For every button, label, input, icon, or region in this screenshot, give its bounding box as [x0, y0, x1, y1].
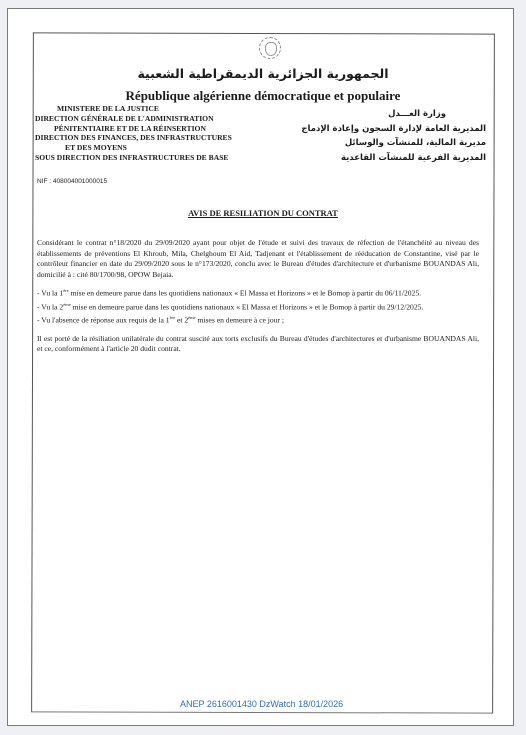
ministry-header-fr: MINISTERE DE LA JUSTICE DIRECTION GÉNÉRA… [35, 104, 275, 163]
nif-number: NIF : 408004001000015 [37, 178, 107, 185]
header-line-ar: مديرية المالية، للمنشآت والوسائل [286, 136, 486, 151]
document-body: Considérant le contrat n°18/2020 du 29/0… [37, 238, 479, 355]
header-line-ar: المديرية العامة لإدارة السجون وإعادة الإ… [286, 122, 486, 137]
header-line: DIRECTION GÉNÉRALE DE L'ADMINISTRATION [35, 114, 275, 124]
header-line: MINISTERE DE LA JUSTICE [35, 104, 275, 114]
vu-item: - Vu l'absence de réponse aux requis de … [37, 313, 479, 326]
conclusion-paragraph: Il est porté de la résiliation unilatéra… [37, 334, 479, 355]
vu-item: - Vu la 2ème mise en demeure parue dans … [37, 300, 479, 313]
header-line: ET DES MOYENS [35, 143, 275, 153]
ministry-header-ar: وزارة العـــدل المديرية العامة لإدارة ال… [286, 107, 486, 165]
header-line: PÉNITENTIAIRE ET DE LA RÉINSERTION [35, 124, 275, 134]
vu-item: - Vu la 1ère mise en demeure parue dans … [37, 286, 479, 299]
header-line: SOUS DIRECTION DES INFRASTRUCTURES DE BA… [35, 153, 275, 163]
algeria-emblem-icon [259, 37, 281, 59]
french-republic-title: République algérienne démocratique et po… [0, 88, 526, 104]
header-line-ar: وزارة العـــدل [286, 107, 486, 122]
vu-list: - Vu la 1ère mise en demeure parue dans … [37, 286, 479, 325]
considerant-paragraph: Considérant le contrat n°18/2020 du 29/0… [37, 238, 479, 280]
document-title: AVIS DE RESILIATION DU CONTRAT [0, 208, 526, 218]
arabic-republic-title: الجمهورية الجزائرية الديمقراطية الشعبية [0, 66, 526, 81]
anep-watermark-stamp: ANEP 2616001430 DzWatch 18/01/2026 [180, 699, 343, 709]
header-line-ar: المديرية الفرعية للمنشآت القاعدية [286, 151, 486, 166]
header-line: DIRECTION DES FINANCES, DES INFRASTRUCTU… [35, 133, 275, 143]
